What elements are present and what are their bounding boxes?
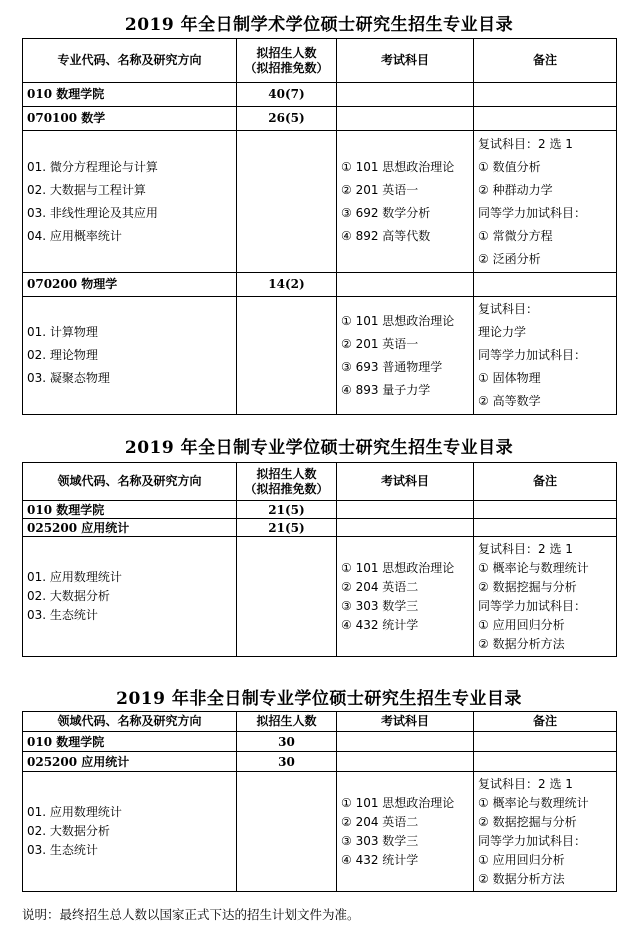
header-col1: 领域代码、名称及研究方向: [23, 463, 237, 501]
header-col1: 领域代码、名称及研究方向: [23, 712, 237, 732]
exams-cell: ① 101 思想政治理论 ② 204 英语二 ③ 303 数学三 ④ 432 统…: [337, 537, 474, 657]
table-row-detail: 01. 微分方程理论与计算 02. 大数据与工程计算 03. 非线性理论及其应用…: [23, 131, 617, 273]
footnote: 说明：最终招生总人数以国家正式下达的招生计划文件为准。: [22, 905, 360, 923]
directions-cell: 01. 应用数理统计 02. 大数据分析 03. 生态统计: [23, 537, 237, 657]
remarks-cell: 复试科目： 理论力学 同等学力加试科目： ① 固体物理 ② 高等数学: [474, 297, 617, 415]
enroll-count: 21(5): [237, 519, 337, 537]
table1-title: 2019 年全日制学术学位硕士研究生招生专业目录: [0, 10, 638, 35]
major-name: 025200 应用统计: [23, 752, 237, 772]
directions-cell: 01. 计算物理 02. 理论物理 03. 凝聚态物理: [23, 297, 237, 415]
major-name: 070100 数学: [23, 107, 237, 131]
enroll-count: 30: [237, 752, 337, 772]
header-col4: 备注: [474, 712, 617, 732]
table-row-detail: 01. 计算物理 02. 理论物理 03. 凝聚态物理 ① 101 思想政治理论…: [23, 297, 617, 415]
header-col2: 拟招生人数 （拟招推免数）: [237, 39, 337, 83]
remarks-cell: 复试科目：2 选 1 ① 数值分析 ② 种群动力学 同等学力加试科目： ① 常微…: [474, 131, 617, 273]
table-professional-parttime: 领域代码、名称及研究方向 拟招生人数 考试科目 备注 010 数理学院 30 0…: [22, 711, 617, 892]
table-row-detail: 01. 应用数理统计 02. 大数据分析 03. 生态统计 ① 101 思想政治…: [23, 772, 617, 892]
major-name: 070200 物理学: [23, 273, 237, 297]
enroll-count: 40(7): [237, 83, 337, 107]
table-professional-fulltime: 领域代码、名称及研究方向 拟招生人数 （拟招推免数） 考试科目 备注 010 数…: [22, 462, 617, 657]
enroll-count: 14(2): [237, 273, 337, 297]
header-col1: 专业代码、名称及研究方向: [23, 39, 237, 83]
header-col2: 拟招生人数 （拟招推免数）: [237, 463, 337, 501]
header-col4: 备注: [474, 463, 617, 501]
table-row: 010 数理学院 21(5): [23, 501, 617, 519]
table3-title: 2019 年非全日制专业学位硕士研究生招生专业目录: [0, 684, 638, 709]
table-row: 070200 物理学 14(2): [23, 273, 617, 297]
header-col3: 考试科目: [337, 39, 474, 83]
table-row: 010 数理学院 30: [23, 732, 617, 752]
exams-cell: ① 101 思想政治理论 ② 204 英语二 ③ 303 数学三 ④ 432 统…: [337, 772, 474, 892]
school-name: 010 数理学院: [23, 501, 237, 519]
remarks-cell: 复试科目：2 选 1 ① 概率论与数理统计 ② 数据挖掘与分析 同等学力加试科目…: [474, 772, 617, 892]
school-name: 010 数理学院: [23, 732, 237, 752]
table-row: 010 数理学院 40(7): [23, 83, 617, 107]
enroll-count: 30: [237, 732, 337, 752]
header-row: 专业代码、名称及研究方向 拟招生人数 （拟招推免数） 考试科目 备注: [23, 39, 617, 83]
header-col4: 备注: [474, 39, 617, 83]
directions-cell: 01. 应用数理统计 02. 大数据分析 03. 生态统计: [23, 772, 237, 892]
enroll-count: 21(5): [237, 501, 337, 519]
header-row: 领域代码、名称及研究方向 拟招生人数 （拟招推免数） 考试科目 备注: [23, 463, 617, 501]
major-name: 025200 应用统计: [23, 519, 237, 537]
table-row: 025200 应用统计 30: [23, 752, 617, 772]
table-academic-fulltime: 专业代码、名称及研究方向 拟招生人数 （拟招推免数） 考试科目 备注 010 数…: [22, 38, 617, 415]
table-row-detail: 01. 应用数理统计 02. 大数据分析 03. 生态统计 ① 101 思想政治…: [23, 537, 617, 657]
directions-cell: 01. 微分方程理论与计算 02. 大数据与工程计算 03. 非线性理论及其应用…: [23, 131, 237, 273]
table-row: 070100 数学 26(5): [23, 107, 617, 131]
table2-title: 2019 年全日制专业学位硕士研究生招生专业目录: [0, 433, 638, 458]
exams-cell: ① 101 思想政治理论 ② 201 英语一 ③ 692 数学分析 ④ 892 …: [337, 131, 474, 273]
header-col2: 拟招生人数: [237, 712, 337, 732]
table-row: 025200 应用统计 21(5): [23, 519, 617, 537]
header-col3: 考试科目: [337, 712, 474, 732]
header-col3: 考试科目: [337, 463, 474, 501]
exams-cell: ① 101 思想政治理论 ② 201 英语一 ③ 693 普通物理学 ④ 893…: [337, 297, 474, 415]
enroll-count: 26(5): [237, 107, 337, 131]
remarks-cell: 复试科目：2 选 1 ① 概率论与数理统计 ② 数据挖掘与分析 同等学力加试科目…: [474, 537, 617, 657]
school-name: 010 数理学院: [23, 83, 237, 107]
header-row: 领域代码、名称及研究方向 拟招生人数 考试科目 备注: [23, 712, 617, 732]
